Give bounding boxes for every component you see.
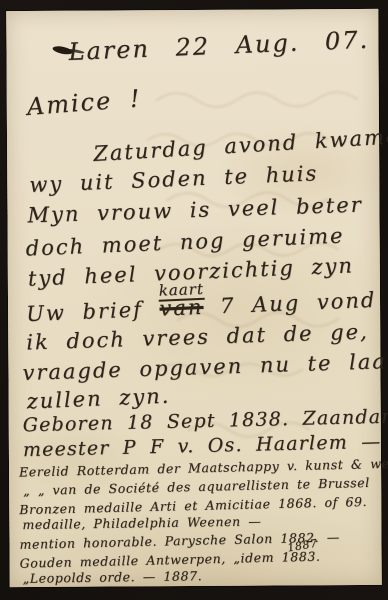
year-stack: 1887 1883.: [282, 551, 321, 564]
correction-stack: kaart van: [159, 297, 204, 320]
correction-suffix: 7 Aug vond: [220, 288, 377, 318]
salutation: Amice !: [26, 86, 142, 119]
honors-line-antwerp: Gouden medaille Antwerpen, „idem 1887 18…: [19, 551, 320, 571]
postcard-paper: Laren 22 Aug. 07. Amice ! Zaturdag avond…: [6, 9, 382, 587]
biography-line: meester P F v. Os. Haarlem —: [23, 433, 382, 460]
body-line: ik doch vrees dat de ge,: [26, 321, 369, 353]
honors-line: Bronzen medaille Arti et Amicitiae 1868.…: [19, 496, 367, 517]
honors-line: „Leopolds orde. — 1887.: [23, 570, 203, 585]
body-line: vraagde opgaven nu te laat: [22, 351, 388, 384]
body-line-with-correction: Uw brief kaart van 7 Aug vond: [26, 290, 377, 325]
dateline: Laren 22 Aug. 07.: [68, 28, 369, 64]
antwerp-prefix: Gouden medaille Antwerpen, „idem: [19, 550, 274, 571]
honors-line: medaille, Philadelphia Weenen —: [22, 516, 261, 532]
body-line: zullen zyn.: [26, 386, 171, 413]
body-line: Myn vrouw is veel beter: [27, 195, 363, 227]
body-line: doch moet nog geruime: [25, 226, 345, 260]
correction-prefix: Uw brief: [26, 297, 144, 326]
inserted-word: kaart: [158, 282, 204, 302]
body-line: Zaturdag avond kwamen: [93, 125, 388, 165]
body-line: wy uit Soden te huis: [29, 163, 319, 196]
photo-frame: Laren 22 Aug. 07. Amice ! Zaturdag avond…: [0, 0, 388, 600]
